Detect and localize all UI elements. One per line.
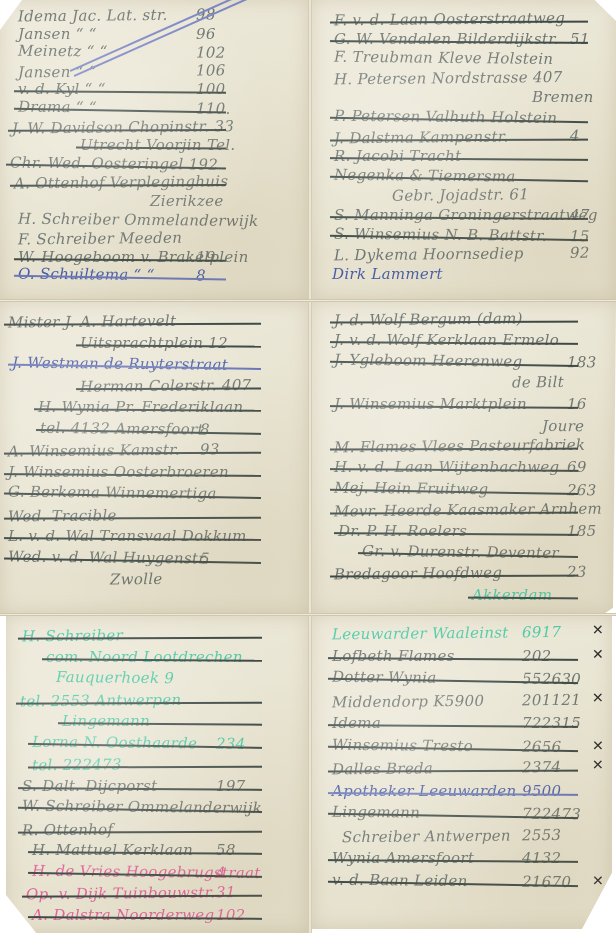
address-entry: Lingemann	[6, 712, 308, 734]
address-entry: Leeuwarder Waaleinst6917✕	[312, 622, 612, 647]
entry-text: tel. 2553 Antwerpen	[20, 690, 182, 710]
address-entry: Dalles Breda2374✕	[312, 757, 612, 782]
address-entry: Schreiber Antwerpen2553	[312, 825, 612, 850]
entry-text: Wynia Amersfoort	[332, 849, 474, 867]
entry-text: G. W. Vendalen Bilderdijkstr.	[334, 30, 559, 48]
entry-text: Gebr. Jojadstr. 61	[392, 186, 529, 205]
address-entry: v. d. Baan Leiden21670✕	[312, 870, 612, 895]
entry-text: Mevr. Heerde Kaasmaker Arnhem	[334, 499, 602, 520]
notebook-sheet: Idema Jac. Lat. str.98Jansen “ “96Meinet…	[0, 0, 616, 933]
entry-text: Dalles Breda	[332, 759, 433, 778]
entry-number: 92	[570, 244, 590, 262]
entry-number: 8	[196, 267, 206, 285]
address-entry: Fauquerhoek 9	[6, 667, 308, 692]
entry-text: Middendorp K5900	[332, 691, 484, 711]
entry-number: 722315	[522, 714, 581, 732]
entry-number: 15	[570, 227, 590, 245]
address-entry: J. Winsemius Oosterbroeren	[0, 463, 308, 485]
entry-number: 2553	[522, 825, 562, 843]
address-entry: Herman Colerstr. 407	[0, 375, 308, 400]
entry-text: tel. 4132 Amersfoort	[40, 418, 204, 438]
address-entry: Idema722315	[312, 714, 612, 736]
entry-text: Lofbeth Flames	[332, 647, 455, 665]
address-entry: L. v. d. Wal Transvaal Dokkum	[0, 527, 308, 549]
address-entry: H. Schreiber	[6, 624, 308, 649]
entry-text: de Bilt	[512, 373, 564, 392]
strikethrough-line	[16, 701, 262, 703]
entry-text: Jansen “ “	[18, 25, 97, 43]
entry-text: Utrecht Voorjin Tel.	[80, 136, 235, 154]
entry-number: 47	[570, 206, 590, 224]
entry-text: Bredagoor Hoofdweg	[334, 564, 502, 584]
checkmark-x-icon: ✕	[592, 738, 604, 754]
address-entry: Zwolle	[0, 568, 308, 593]
entry-text: Wed. Tracible	[8, 506, 117, 525]
entry-text: H. v. d. Laan Wijtenbachweg	[334, 458, 559, 476]
entry-text: A. Ottenhof Verpleginghuis	[14, 173, 229, 193]
entry-text: Idema	[332, 714, 381, 732]
entry-text: Zierikzee	[150, 192, 224, 210]
entry-text: Fauquerhoek 9	[56, 668, 174, 687]
address-entry: com. Noord Lootdrechen	[6, 648, 308, 670]
entry-text: Wed. v. d. Wal Huygenstr.	[8, 547, 209, 567]
address-entry: Akkerdam	[312, 586, 616, 608]
strikethrough-line	[330, 138, 588, 140]
checkmark-x-icon: ✕	[592, 647, 604, 663]
entry-text: J. Dalstma Kampenstr.	[334, 127, 509, 147]
entry-number: 96	[196, 25, 216, 43]
panel-bottom-left: H. Schreibercom. Noord LootdrechenFauque…	[6, 616, 308, 933]
entry-text: Apotheker Leeuwarden	[332, 782, 516, 800]
entry-number: 100	[196, 80, 226, 98]
entry-text: M. Flames Vlees Pasteurfabriek	[334, 436, 585, 457]
panel-top-right: F. v. d. Laan OosterstraatwegG. W. Venda…	[312, 0, 616, 300]
entry-number: 202	[522, 647, 552, 665]
entry-number: 102	[196, 44, 226, 62]
entry-number: 8	[200, 420, 210, 438]
address-entry: Mevr. Heerde Kaasmaker Arnhem	[312, 499, 616, 524]
entry-text: Winsemius Tresto	[332, 735, 473, 754]
entry-text: L. Dykema Hoornsediep	[334, 245, 524, 265]
address-entry: Lingemann722473	[312, 802, 612, 827]
entry-text: R. Jacobi Tracht	[334, 147, 461, 165]
checkmark-x-icon: ✕	[592, 758, 604, 774]
address-entry: Middendorp K5900201121✕	[312, 690, 612, 715]
entry-text: Herman Colerstr. 407	[80, 375, 252, 395]
address-entry: Op. v. Dijk Tuinbouwstr.31	[6, 882, 308, 907]
entry-number: 201121	[522, 690, 581, 709]
address-entry: Uitsprachtplein 12	[0, 334, 308, 356]
entry-text: Lingemann	[62, 712, 150, 730]
address-entry: de Bilt	[312, 372, 616, 397]
strikethrough-line	[4, 516, 261, 518]
panel-middle-right: J. d. Wolf Bergum (dam)J. v. d. Wolf Ker…	[312, 302, 616, 614]
address-entry: tel. 222473	[6, 753, 308, 778]
strikethrough-line	[28, 766, 262, 768]
address-entry: J. Winsemius Marktplein16	[312, 395, 616, 417]
entry-number: 69	[567, 458, 587, 476]
entry-text: Mej. Hein Fruitweg	[334, 478, 489, 498]
address-entry: S. Dalt. Dijcporst197	[6, 777, 308, 799]
address-entry: Mister J. A. Hartevelt	[0, 310, 308, 335]
entry-number: 19	[196, 248, 216, 266]
entry-text: Joure	[542, 417, 584, 435]
entry-number: 185	[567, 522, 597, 540]
entry-number: 102	[216, 906, 246, 924]
entry-text: Op. v. Dijk Tuinbouwstr.	[26, 883, 216, 903]
entry-number: 16	[567, 395, 587, 413]
entry-text: H. Schreiber	[22, 626, 123, 645]
entry-number: 4132	[522, 849, 561, 867]
entry-text: Idema Jac. Lat. str.	[18, 6, 168, 26]
entry-text: J. Winsemius Oosterbroeren	[8, 463, 229, 481]
entry-text: Akkerdam	[472, 586, 552, 604]
entry-text: Schreiber Antwerpen	[342, 826, 511, 846]
entry-text: Leeuwarder Waaleinst	[332, 624, 509, 644]
entry-text: J. Winsemius Marktplein	[334, 395, 527, 413]
entry-number: 4	[570, 126, 580, 144]
address-entry: O. Schuiltema “ “8	[0, 265, 308, 290]
entry-text: F. v. d. Laan Oosterstraatweg	[334, 9, 565, 29]
address-entry: Wynia Amersfoort4132	[312, 849, 612, 871]
entry-text: Bremen	[532, 88, 594, 106]
address-entry: R. Ottenhof	[6, 818, 308, 843]
checkmark-x-icon: ✕	[592, 873, 604, 889]
entry-number: 5	[200, 549, 210, 567]
strikethrough-line	[18, 637, 262, 639]
entry-text: H. Wynia Pr. Frederiklaan	[38, 398, 243, 416]
address-entry: A. Dalstra Noorderweg102	[6, 906, 308, 928]
entry-text: J. v. d. Wolf Kerklaan Ermelo	[334, 331, 559, 349]
entry-number: 58	[216, 841, 236, 859]
entry-number: 9500	[522, 782, 561, 800]
address-entry: tel. 2553 Antwerpen	[6, 689, 308, 714]
panel-bottom-right: Leeuwarder Waaleinst6917✕Lofbeth Flames2…	[312, 616, 612, 929]
entry-text: J. W. Davidson Chopinstr. 33	[12, 117, 234, 137]
strikethrough-line	[8, 129, 226, 131]
entry-text: J. d. Wolf Bergum (dam)	[334, 309, 523, 329]
address-entry: Wed. Tracible	[0, 504, 308, 529]
horizontal-fold-line	[0, 299, 616, 302]
address-entry: Dr. P. H. Roelers185	[312, 522, 616, 544]
entry-text: S. Manninga Groningerstraatweg	[334, 206, 598, 224]
checkmark-x-icon: ✕	[592, 690, 604, 706]
entry-text: A. Dalstra Noorderweg	[32, 906, 214, 924]
address-entry: G. Berkema Winnemertiga	[0, 482, 308, 507]
vertical-fold-line	[308, 0, 312, 933]
entry-number: 183	[567, 353, 597, 371]
strikethrough-line	[18, 830, 262, 832]
entry-text: v. d. Baan Leiden	[332, 870, 468, 889]
entry-text: H. de Vries Hoogebrugstraat	[32, 861, 261, 881]
entry-text: H. Mattuel Kerklaan	[32, 841, 193, 859]
entry-text: Mister J. A. Hartevelt	[8, 312, 177, 332]
entry-number: 2656	[522, 737, 562, 755]
entry-number: 722473	[522, 805, 581, 824]
checkmark-x-icon: ✕	[592, 623, 604, 639]
entry-text: F. Schreiber Meeden	[18, 229, 182, 249]
entry-text: Dr. P. H. Roelers	[338, 522, 467, 540]
entry-number: 31	[216, 883, 236, 901]
address-entry: Dirk Lammert	[312, 265, 616, 287]
panel-top-left: Idema Jac. Lat. str.98Jansen “ “96Meinet…	[0, 0, 308, 300]
entry-text: Zwolle	[110, 570, 163, 589]
address-entry: Lofbeth Flames202✕	[312, 647, 612, 669]
entry-number: 93	[200, 440, 220, 458]
address-entry: A. Winsemius Kamstr.93	[0, 439, 308, 464]
address-entry: H. Wynia Pr. Frederiklaan	[0, 398, 308, 420]
entry-text: H. Petersen Nordstrasse 407	[334, 68, 563, 88]
address-entry: H. Mattuel Kerklaan58	[6, 841, 308, 863]
entry-text: L. v. d. Wal Transvaal Dokkum	[8, 527, 247, 545]
entry-text: R. Ottenhof	[22, 820, 113, 839]
entry-text: Lorna N. Oosthaarde	[32, 732, 197, 752]
strikethrough-line	[76, 387, 261, 389]
address-entry: Winsemius Tresto2656✕	[312, 735, 612, 760]
address-entry: Dotter Wynia552630	[312, 667, 612, 692]
entry-text: H. Schreiber Ommelanderwijk	[18, 209, 259, 230]
address-entry: W. Schreiber Ommelanderwijk	[6, 796, 308, 821]
strikethrough-line	[468, 596, 578, 598]
entry-text: A. Winsemius Kamstr.	[8, 441, 180, 461]
panel-middle-left: Mister J. A. HarteveltUitsprachtplein 12…	[0, 302, 308, 614]
entry-text: F. Treubman Kleve Holstein	[334, 48, 553, 68]
entry-text: Drama “ “	[18, 98, 97, 117]
entry-text: S. Dalt. Dijcporst	[22, 777, 157, 795]
address-entry: M. Flames Vlees Pasteurfabriek	[312, 436, 616, 461]
entry-number: 4	[216, 863, 226, 881]
address-entry: J. Westman de Ruyterstraat	[0, 353, 308, 378]
entry-number: 234	[216, 734, 246, 752]
entry-number: 110.	[196, 99, 231, 117]
entry-number: 106	[196, 61, 226, 79]
entry-text: tel. 222473	[32, 755, 122, 774]
address-entry: Apotheker Leeuwarden9500	[312, 782, 612, 804]
address-entry: Bredagoor Hoofdweg23	[312, 563, 616, 588]
horizontal-fold-line	[0, 613, 616, 616]
entry-text: Dirk Lammert	[332, 265, 443, 283]
entry-number: 6917	[522, 623, 562, 641]
address-entry: H. v. d. Laan Wijtenbachweg69	[312, 458, 616, 480]
entry-number: 263	[567, 481, 597, 499]
entry-number: 23	[567, 563, 587, 581]
entry-text: Jansen “ “	[18, 62, 97, 81]
entry-number: 2374	[522, 758, 562, 776]
entry-number: 552630	[522, 670, 581, 689]
entry-number: 51	[570, 30, 590, 48]
entry-text: com. Noord Lootdrechen	[46, 648, 243, 666]
entry-number: 21670	[522, 872, 571, 891]
entry-number: 197	[216, 777, 246, 795]
address-entry: J. d. Wolf Bergum (dam)	[312, 308, 616, 333]
entry-text: Uitsprachtplein 12	[80, 334, 228, 352]
address-entry: J. v. d. Wolf Kerklaan Ermelo	[312, 331, 616, 353]
